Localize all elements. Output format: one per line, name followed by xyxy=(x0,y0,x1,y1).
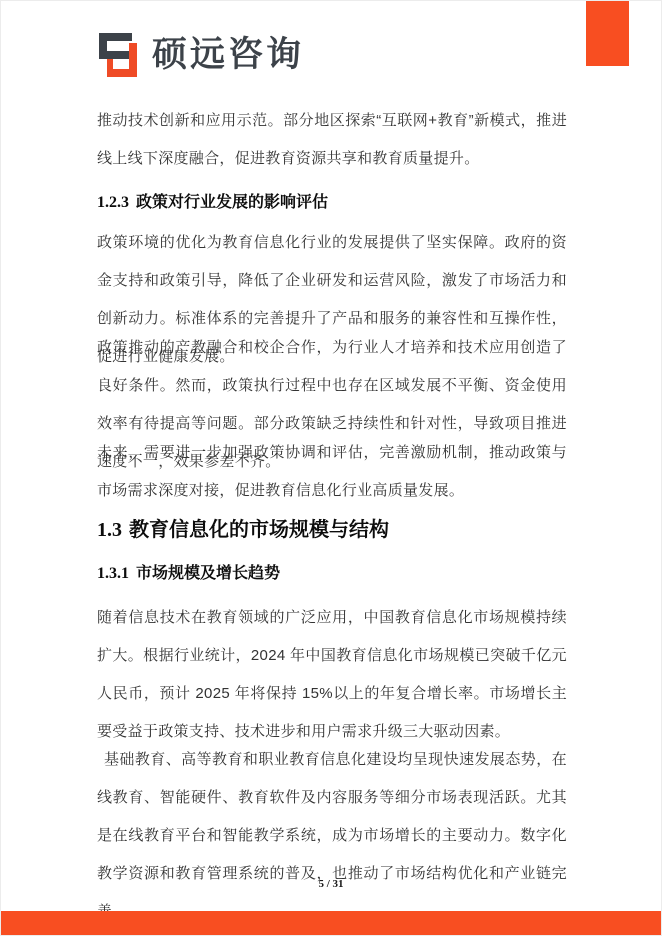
heading-text: 市场规模及增长趋势 xyxy=(136,565,280,582)
brand-logo: 硕远咨询 xyxy=(99,33,304,77)
page-number: 5 / 31 xyxy=(1,878,661,890)
paragraph: 推动技术创新和应用示范。部分地区探索“互联网+教育”新模式，推进线上线下深度融合… xyxy=(97,102,567,178)
document-page: 硕远咨询 推动技术创新和应用示范。部分地区探索“互联网+教育”新模式，推进线上线… xyxy=(0,0,662,936)
paragraph: 随着信息技术在教育领域的广泛应用，中国教育信息化市场规模持续扩大。根据行业统计，… xyxy=(97,599,567,751)
heading-number: 1.3 xyxy=(97,519,122,541)
section-heading-1-3: 1.3教育信息化的市场规模与结构 xyxy=(97,514,567,546)
section-heading-1-2-3: 1.2.3政策对行业发展的影响评估 xyxy=(97,189,567,217)
paragraph: 基础教育、高等教育和职业教育信息化建设均呈现快速发展态势，在线教育、智能硬件、教… xyxy=(97,741,567,931)
brand-logo-text: 硕远咨询 xyxy=(152,33,304,77)
header-accent-block xyxy=(586,1,629,66)
heading-number: 1.2.3 xyxy=(97,194,129,211)
brand-logo-icon xyxy=(99,33,139,77)
paragraph: 未来，需要进一步加强政策协调和评估，完善激励机制，推动政策与市场需求深度对接，促… xyxy=(97,434,567,510)
heading-text: 政策对行业发展的影响评估 xyxy=(136,194,328,211)
footer-accent-bar xyxy=(1,911,661,936)
section-heading-1-3-1: 1.3.1市场规模及增长趋势 xyxy=(97,560,567,588)
heading-number: 1.3.1 xyxy=(97,565,129,582)
heading-text: 教育信息化的市场规模与结构 xyxy=(129,519,389,541)
